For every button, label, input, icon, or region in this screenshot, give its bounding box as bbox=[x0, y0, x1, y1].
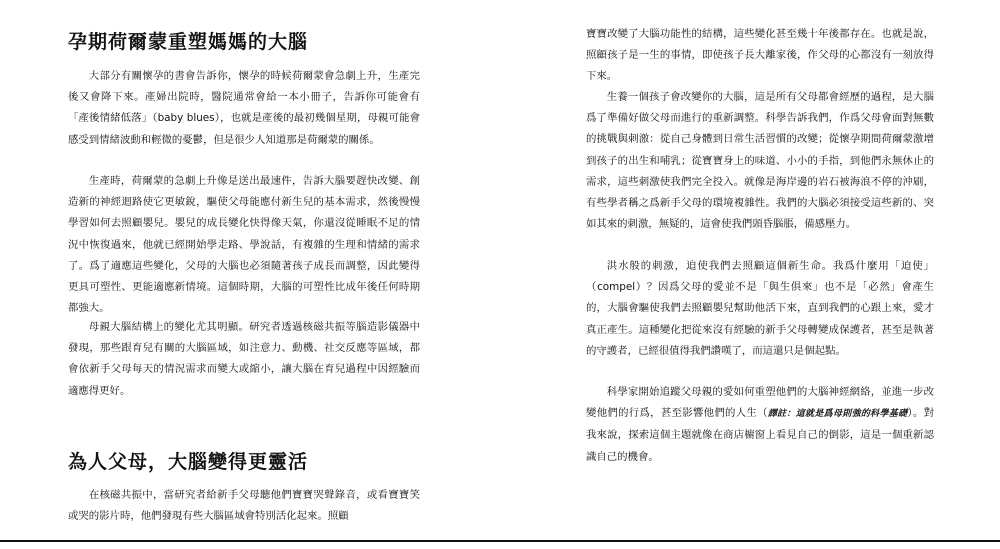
translator-note: 譯註：這就是爲母則強的科學基礎 bbox=[768, 409, 908, 419]
paragraph: 生產時，荷爾蒙的急劇上升像是送出最速件，告訴大腦要趕快改變、創造新的神經迴路使它… bbox=[68, 171, 420, 319]
paragraph: 在核磁共振中，當研究者給新手父母聽他們寶寶哭聲錄音，或看寶寶笑或哭的影片時，他們… bbox=[68, 485, 420, 527]
paragraph-continued: 寶寶改變了大腦功能性的結構，這些變化甚至幾十年後都存在。也就是說，照顧孩子是一生… bbox=[586, 24, 934, 88]
section-heading-hormones: 孕期荷爾蒙重塑媽媽的大腦 bbox=[68, 27, 308, 54]
paragraph: 大部分有關懷孕的書會告訴你，懷孕的時候荷爾蒙會急劇上升，生產完後又會降下來。產婦… bbox=[68, 66, 420, 151]
paragraph: 洪水般的刺激，迫使我們去照顧這個新生命。我爲什麼用「迫使」（compel）？因爲… bbox=[586, 256, 934, 362]
paragraph: 母親大腦結構上的變化尤其明顯。研究者透過核磁共振等腦造影儀器中發現，那些跟育兒有… bbox=[68, 317, 420, 402]
section-heading-parenting-brain: 為人父母，大腦變得更靈活 bbox=[68, 447, 308, 474]
page-bottom-rule bbox=[0, 540, 1000, 542]
paragraph: 科學家開始追蹤父母親的愛如何重塑他們的大腦神經網絡，並進一步改變他們的行爲，甚至… bbox=[586, 382, 934, 468]
paragraph: 生養一個孩子會改變你的大腦，這是所有父母都會經歷的過程，是大腦爲了準備好做父母而… bbox=[586, 87, 934, 235]
